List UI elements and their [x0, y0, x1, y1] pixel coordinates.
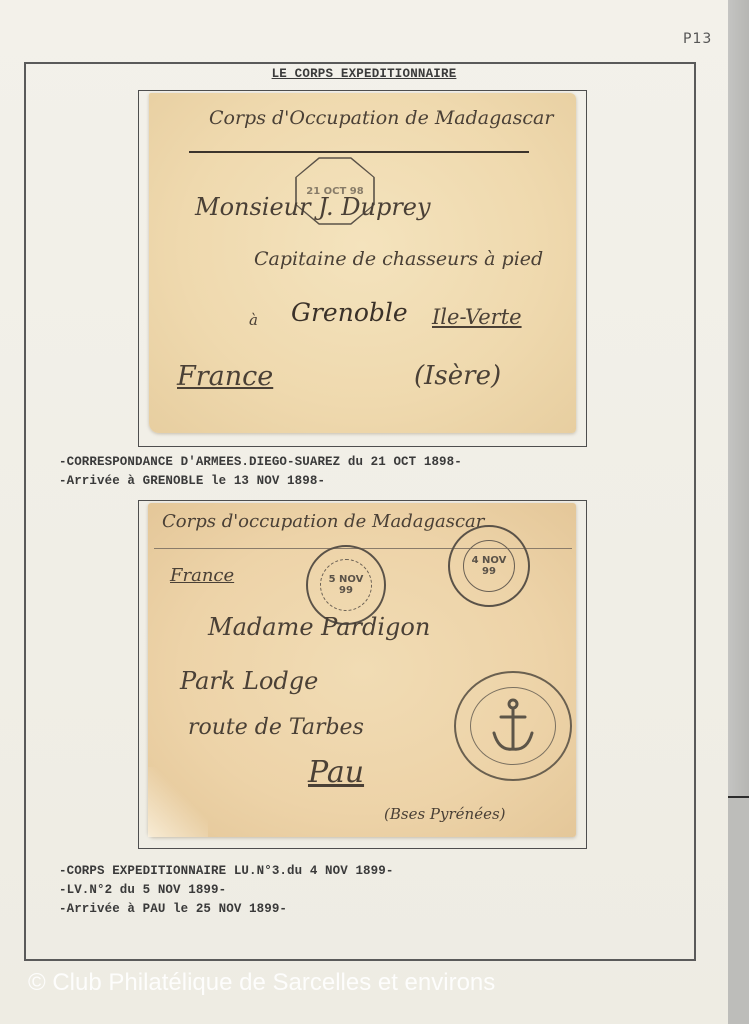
cover-2-address-line2: route de Tarbes: [188, 715, 364, 740]
cover-2-postmark-lu3-date: 4 NOV 99: [471, 555, 507, 577]
caption-line: -LV.N°2 du 5 NOV 1899-: [59, 881, 393, 900]
cover-2-addressee: Madame Pardigon: [208, 613, 430, 641]
page-number: P13: [683, 31, 712, 47]
cover-2-department: (Bses Pyrénées): [384, 805, 506, 823]
cover-1-department: (Isère): [414, 361, 501, 391]
cover-1-title-line: Capitaine de chasseurs à pied: [254, 248, 543, 270]
cover-2-country: France: [170, 565, 234, 586]
copyright-watermark: © Club Philatélique de Sarcelles et envi…: [28, 969, 495, 997]
anchor-icon: [489, 697, 537, 755]
cover-1-envelope: Corps d'Occupation de Madagascar 21 OCT …: [149, 93, 576, 433]
cover-2-header: Corps d'occupation de Madagascar: [162, 511, 484, 532]
cover-2-caption: -CORPS EXPEDITIONNAIRE LU.N°3.du 4 NOV 1…: [59, 862, 393, 919]
cover-1-city: Grenoble: [291, 298, 408, 327]
cover-1-addressee: Monsieur J. Duprey: [195, 193, 431, 221]
cover-1-caption: -CORRESPONDANCE D'ARMEES.DIEGO-SUAREZ du…: [59, 453, 462, 491]
cover-1-rule: [189, 151, 529, 153]
cover-2-postmark-lu3: 4 NOV 99: [448, 525, 530, 607]
cover-2-envelope: Corps d'occupation de Madagascar France …: [148, 503, 576, 837]
cover-2-address-line1: Park Lodge: [180, 667, 318, 695]
page-title: LE CORPS EXPEDITIONNAIRE: [0, 67, 728, 81]
scan-edge-lower: [728, 798, 749, 1024]
cover-1-district: Ile-Verte: [432, 305, 522, 329]
caption-line: -CORPS EXPEDITIONNAIRE LU.N°3.du 4 NOV 1…: [59, 862, 393, 881]
cover-2-postmark-lv2-date: 5 NOV 99: [328, 574, 364, 596]
caption-line: -Arrivée à PAU le 25 NOV 1899-: [59, 900, 393, 919]
cover-2-marine-cachet: [454, 671, 572, 781]
caption-line: -CORRESPONDANCE D'ARMEES.DIEGO-SUAREZ du…: [59, 453, 462, 472]
cover-1-city-prefix: à: [249, 311, 258, 329]
cover-2-worn-corner: [148, 767, 208, 837]
scan-edge-strip: [728, 0, 749, 1024]
cover-1-header: Corps d'Occupation de Madagascar: [209, 107, 553, 129]
caption-line: -Arrivée à GRENOBLE le 13 NOV 1898-: [59, 472, 462, 491]
cover-1-country: France: [177, 361, 273, 392]
cover-2-city: Pau: [308, 755, 364, 790]
